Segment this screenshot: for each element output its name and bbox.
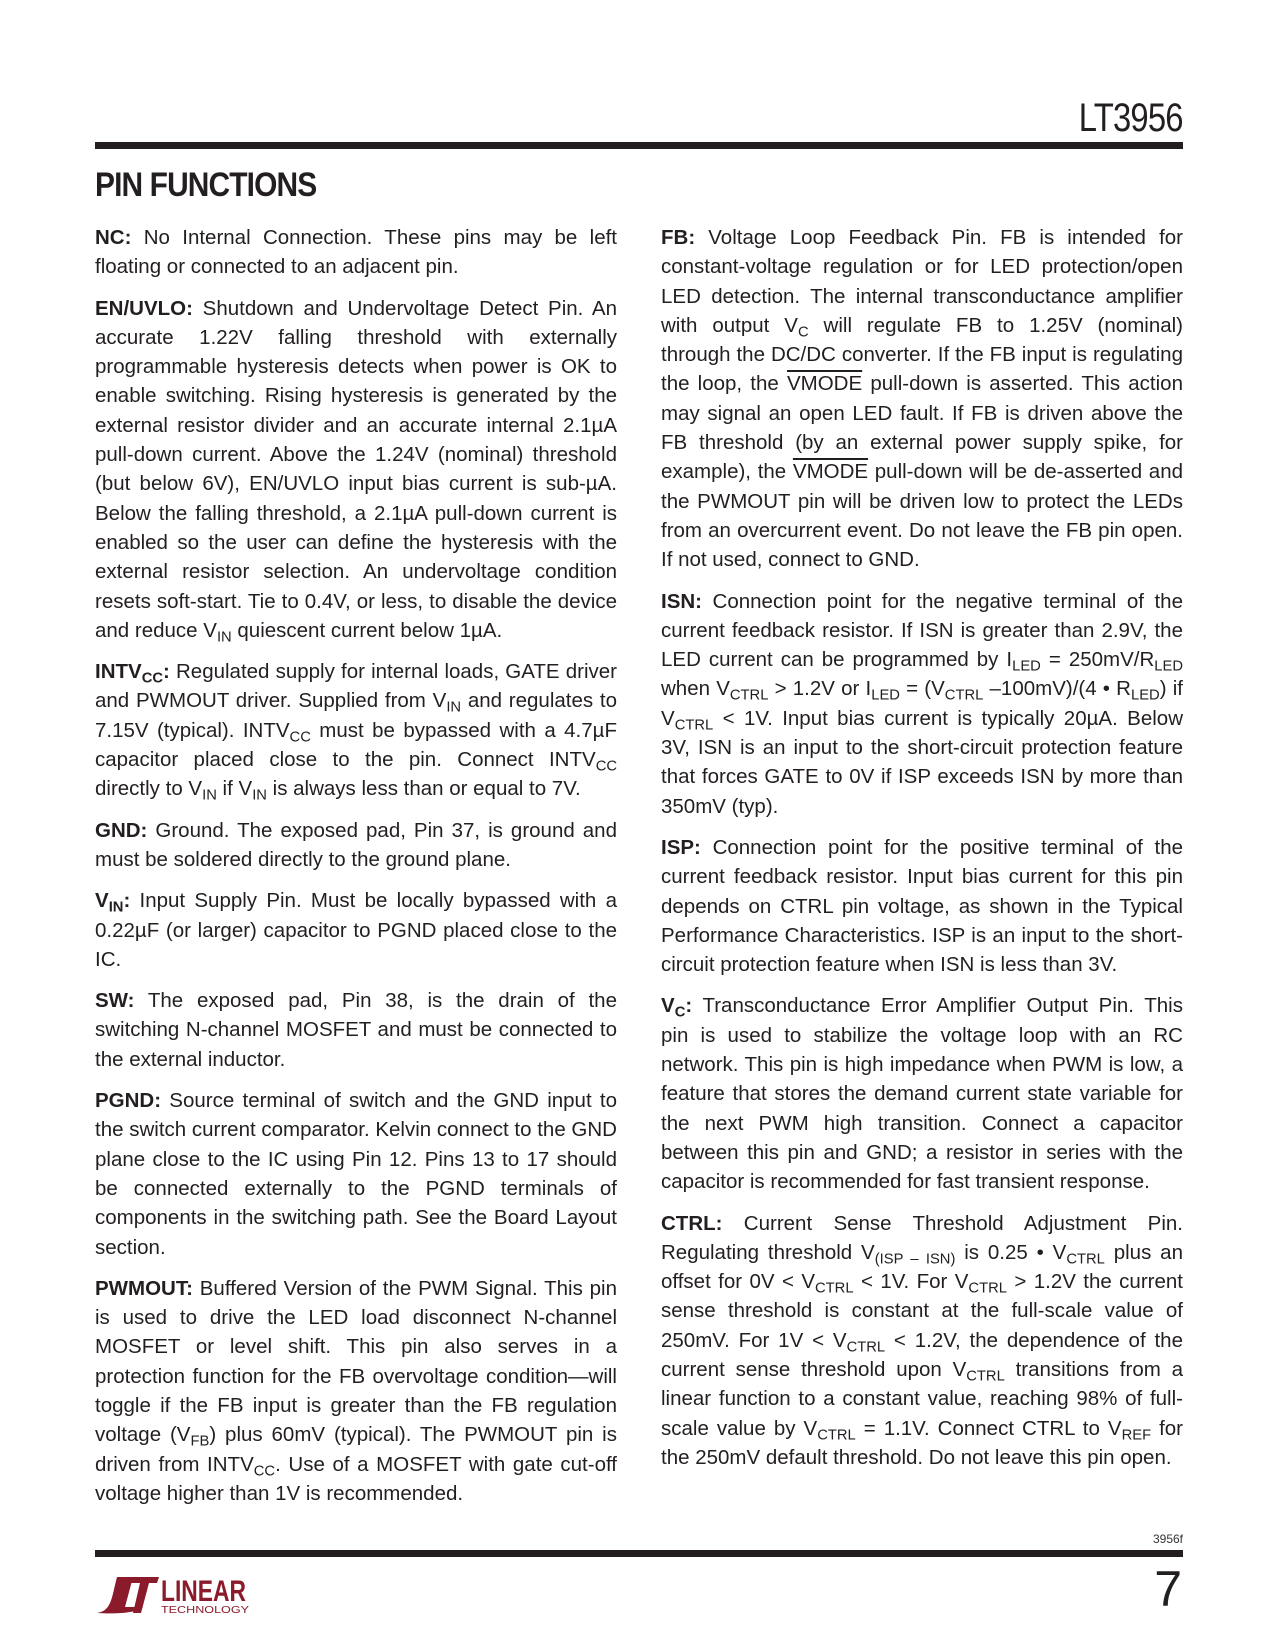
pin-description-pwmout: PWMOUT: Buffered Version of the PWM Sign… [95, 1274, 617, 1508]
pin-name: FB: [661, 226, 695, 249]
pin-name: VC: [661, 994, 692, 1017]
pin-description-pgnd: PGND: Source terminal of switch and the … [95, 1086, 617, 1262]
pin-text: Buffered Version of the PWM Signal. This… [95, 1277, 617, 1505]
pin-description-nc: NC: No Internal Connection. These pins m… [95, 223, 617, 282]
pin-text: Current Sense Threshold Adjustment Pin. … [661, 1212, 1183, 1469]
section-title: PIN FUNCTIONS [95, 166, 316, 205]
pin-name: CTRL: [661, 1212, 722, 1235]
right-column: FB: Voltage Loop Feedback Pin. FB is int… [661, 223, 1183, 1484]
pin-description-intvcc: INTVCC: Regulated supply for internal lo… [95, 657, 617, 803]
pin-name: NC: [95, 226, 131, 249]
pin-text: Shutdown and Undervoltage Detect Pin. An… [95, 297, 617, 642]
pin-name: ISP: [661, 836, 701, 859]
svg-text:LINEAR: LINEAR [161, 1575, 246, 1608]
footer-rule [95, 1550, 1183, 1557]
pin-description-enuvlo: EN/UVLO: Shutdown and Undervoltage Detec… [95, 294, 617, 646]
pin-text: Connection point for the negative termin… [661, 590, 1183, 818]
pin-name: PGND: [95, 1089, 161, 1112]
pin-text: No Internal Connection. These pins may b… [95, 226, 617, 278]
pin-description-gnd: GND: Ground. The exposed pad, Pin 37, is… [95, 816, 617, 875]
left-column: NC: No Internal Connection. These pins m… [95, 223, 617, 1520]
document-code: 3956f [1153, 1532, 1183, 1546]
pin-name: VIN: [95, 889, 130, 912]
part-number: LT3956 [1079, 96, 1183, 141]
header-rule [95, 142, 1183, 149]
pin-text: Input Supply Pin. Must be locally bypass… [95, 889, 617, 971]
pin-name: EN/UVLO: [95, 297, 193, 320]
pin-text: Voltage Loop Feedback Pin. FB is intende… [661, 226, 1183, 571]
pin-text: Ground. The exposed pad, Pin 37, is grou… [95, 819, 617, 871]
svg-text:TECHNOLOGY: TECHNOLOGY [161, 1605, 249, 1615]
pin-name: INTVCC: [95, 660, 170, 683]
pin-text: Source terminal of switch and the GND in… [95, 1089, 617, 1258]
pin-text: The exposed pad, Pin 38, is the drain of… [95, 989, 617, 1071]
pin-description-vc: VC: Transconductance Error Amplifier Out… [661, 991, 1183, 1196]
pin-description-isn: ISN: Connection point for the negative t… [661, 587, 1183, 821]
page-number: 7 [1154, 1560, 1182, 1618]
pin-text: Regulated supply for internal loads, GAT… [95, 660, 617, 800]
linear-technology-logo: LINEAR TECHNOLOGY [95, 1573, 270, 1615]
pin-description-sw: SW: The exposed pad, Pin 38, is the drai… [95, 986, 617, 1074]
pin-description-fb: FB: Voltage Loop Feedback Pin. FB is int… [661, 223, 1183, 575]
pin-name: SW: [95, 989, 134, 1012]
pin-description-vin: VIN: Input Supply Pin. Must be locally b… [95, 886, 617, 974]
pin-name: ISN: [661, 590, 702, 613]
pin-text: Connection point for the positive termin… [661, 836, 1183, 976]
pin-text: Transconductance Error Amplifier Output … [661, 994, 1183, 1193]
pin-name: GND: [95, 819, 147, 842]
pin-description-ctrl: CTRL: Current Sense Threshold Adjustment… [661, 1209, 1183, 1473]
pin-name: PWMOUT: [95, 1277, 193, 1300]
pin-description-isp: ISP: Connection point for the positive t… [661, 833, 1183, 979]
